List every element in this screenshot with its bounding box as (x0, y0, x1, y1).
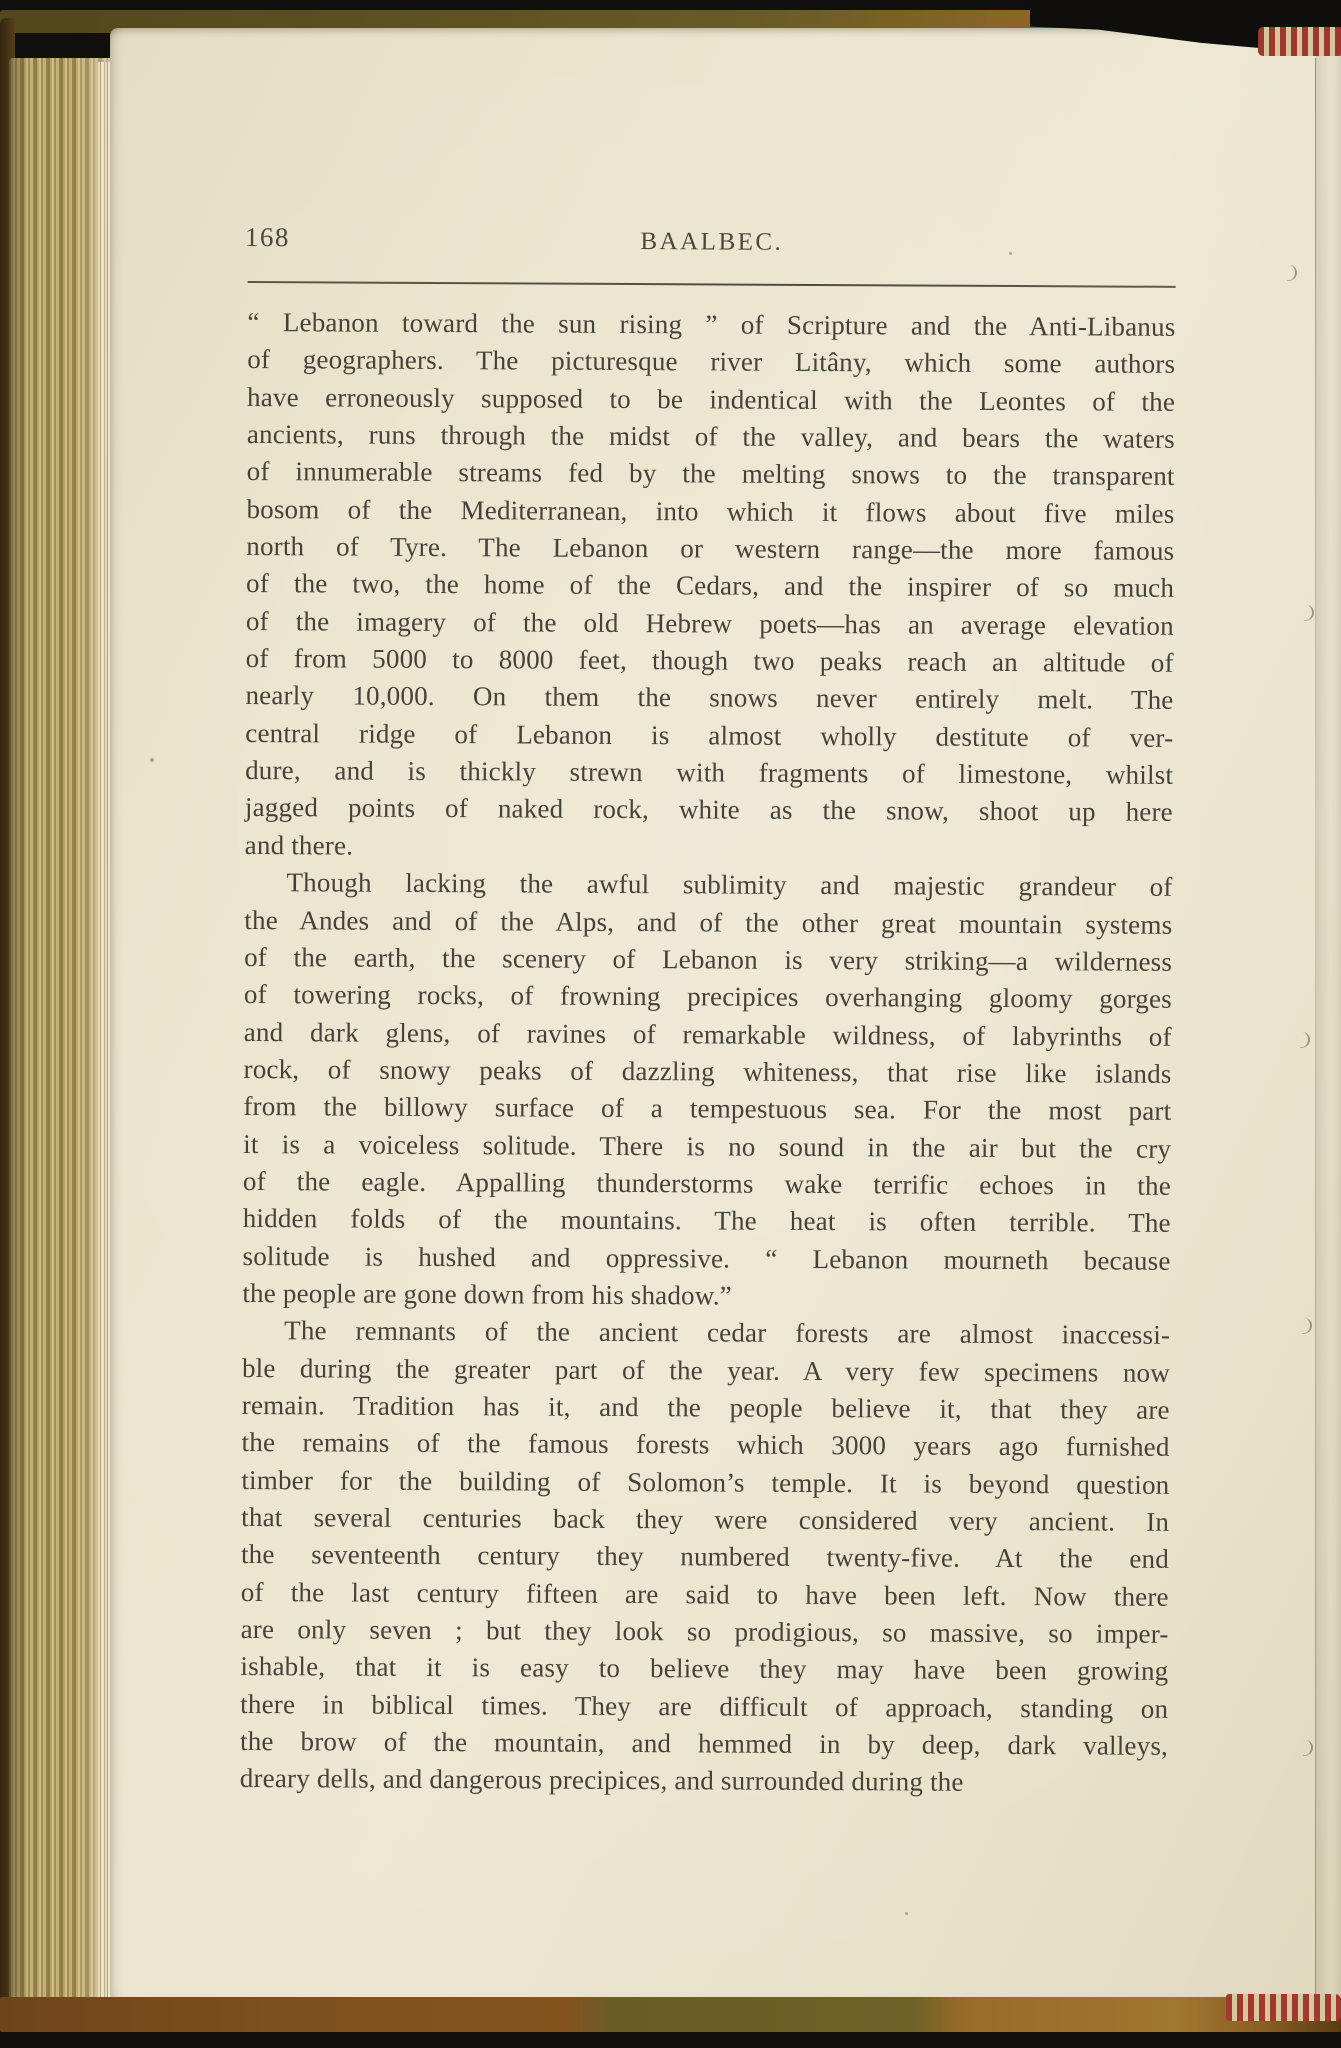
printed-page-content: 168 BAALBEC. “ Lebanon toward the sun ri… (240, 220, 1176, 1803)
page-speck (150, 758, 154, 762)
text-line: remain. Tradition has it, and the people… (242, 1387, 1170, 1429)
text-line: ishable, that it is easy to believe they… (240, 1648, 1168, 1690)
text-line: dure, and is thickly strewn with fragmen… (245, 752, 1173, 794)
text-line: timber for the building of Solomon’s tem… (241, 1462, 1169, 1504)
text-line: that several centuries back they were co… (241, 1499, 1169, 1541)
headband-top (1258, 27, 1341, 56)
text-line: the seventeenth century they numbered tw… (241, 1536, 1169, 1578)
running-head: BAALBEC. (248, 220, 1176, 259)
running-head-row: 168 BAALBEC. (248, 220, 1176, 286)
text-line: and there. (245, 827, 1173, 869)
text-line: nearly 10,000. On them the snows never e… (245, 677, 1173, 719)
text-line: rock, of snowy peaks of dazzling whitene… (243, 1051, 1171, 1093)
text-line: of towering rocks, of frowning precipice… (244, 976, 1172, 1018)
page-number: 168 (245, 222, 290, 253)
text-line: and dark glens, of ravines of remarkable… (244, 1014, 1172, 1056)
paragraph: “ Lebanon toward the sun rising ” of Scr… (245, 304, 1176, 869)
text-line: The remnants of the ancient cedar forest… (242, 1312, 1170, 1354)
book-photo: { "content": { "page_number": "168", "ru… (0, 0, 1341, 2048)
text-line: of the last century fifteen are said to … (241, 1574, 1169, 1616)
text-line: ble during the greater part of the year.… (242, 1350, 1170, 1392)
text-line: hidden folds of the mountains. The heat … (243, 1200, 1171, 1242)
text-line: have erroneously supposed to be indentic… (247, 379, 1175, 421)
text-line: bosom of the Mediterranean, into which i… (246, 491, 1174, 533)
text-line: north of Tyre. The Lebanon or western ra… (246, 528, 1174, 570)
text-line: solitude is hushed and oppressive. “ Leb… (242, 1238, 1170, 1280)
text-line: are only seven ; but they look so prodig… (241, 1611, 1169, 1653)
text-line: of the eagle. Appalling thunderstorms wa… (243, 1163, 1171, 1205)
headband-bottom (1226, 1994, 1341, 2021)
text-line: jagged points of naked rock, white as th… (245, 789, 1173, 831)
text-line: of the earth, the scenery of Lebanon is … (244, 939, 1172, 981)
text-line: Though lacking the awful sublimity and m… (244, 864, 1172, 906)
text-line: the brow of the mountain, and hemmed in … (240, 1723, 1168, 1765)
text-line: “ Lebanon toward the sun rising ” of Scr… (247, 304, 1175, 346)
page-speck (905, 1912, 908, 1915)
text-line: the Andes and of the Alps, and of the ot… (244, 901, 1172, 943)
gutter-shadow (1316, 46, 1341, 1996)
paragraph: The remnants of the ancient cedar forest… (240, 1312, 1171, 1802)
text-line: the remains of the famous forests which … (241, 1424, 1169, 1466)
text-line: of the two, the home of the Cedars, and … (246, 565, 1174, 607)
text-line: ancients, runs through the midst of the … (247, 416, 1175, 458)
text-line: there in biblical times. They are diffic… (240, 1686, 1168, 1728)
text-line: of from 5000 to 8000 feet, though two pe… (246, 640, 1174, 682)
text-line: it is a voiceless solitude. There is no … (243, 1126, 1171, 1168)
text-line: of the imagery of the old Hebrew poets—h… (246, 603, 1174, 645)
text-block: “ Lebanon toward the sun rising ” of Scr… (240, 304, 1176, 1803)
text-line: central ridge of Lebanon is almost wholl… (245, 715, 1173, 757)
text-line: dreary dells, and dangerous precipices, … (240, 1760, 1168, 1802)
text-line: the people are gone down from his shadow… (242, 1275, 1170, 1317)
text-line: of innumerable streams fed by the meltin… (247, 453, 1175, 495)
gutter-crease (1315, 58, 1316, 1994)
book-cover-bottom-edge (0, 1997, 1341, 2032)
text-line: of geographers. The picturesque river Li… (247, 341, 1175, 383)
text-line: from the billowy surface of a tempestuou… (243, 1088, 1171, 1130)
paragraph: Though lacking the awful sublimity and m… (242, 864, 1172, 1317)
